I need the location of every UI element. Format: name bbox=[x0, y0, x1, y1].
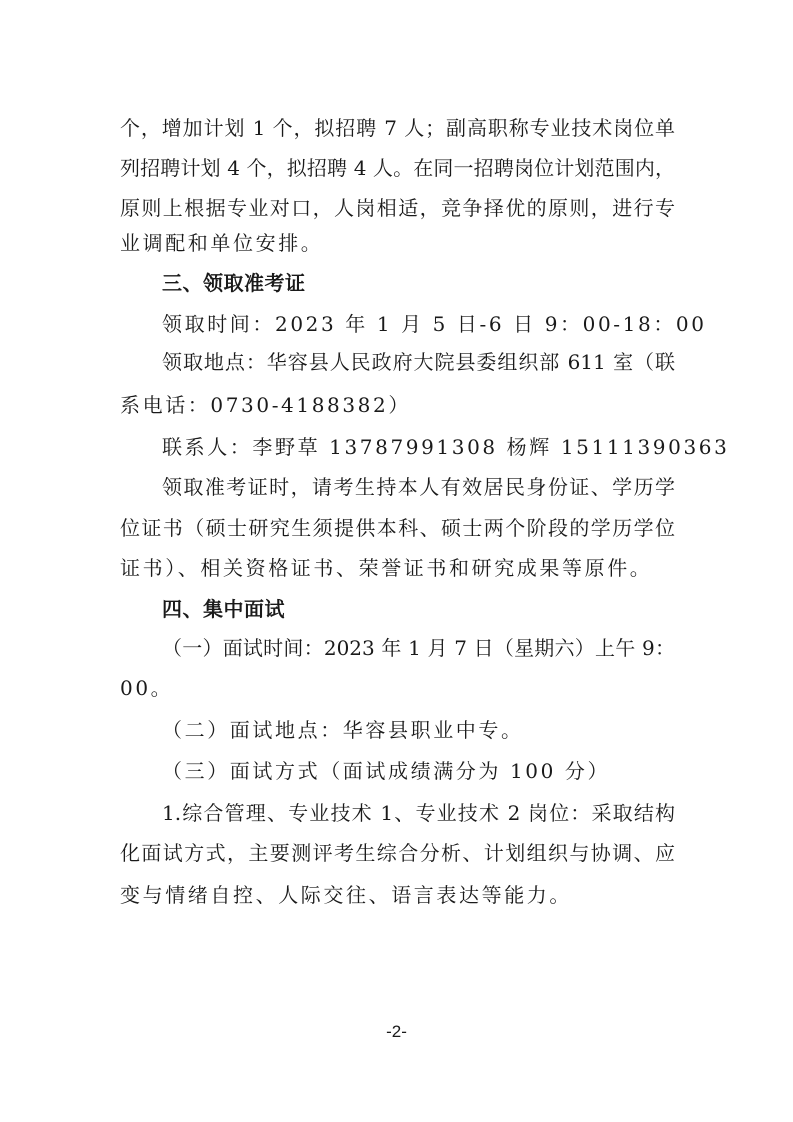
interview-method: （三）面试方式（面试成绩满分为 100 分） bbox=[162, 758, 675, 784]
pickup-time: 领取时间：2023 年 1 月 5 日-6 日 9：00-18：00 bbox=[162, 311, 675, 337]
section-heading-3: 三、领取准考证 bbox=[162, 270, 717, 296]
interview-time-line: （一）面试时间：2023 年 1 月 7 日（星期六）上午 9： bbox=[162, 635, 675, 661]
item1-line: 1.综合管理、专业技术 1、专业技术 2 岗位：采取结构 bbox=[162, 800, 675, 826]
note-line: 证书）、相关资格证书、荣誉证书和研究成果等原件。 bbox=[120, 555, 675, 581]
section-heading-4: 四、集中面试 bbox=[162, 596, 717, 622]
paragraph-line: 列招聘计划 4 个，拟招聘 4 人。在同一招聘岗位计划范围内， bbox=[120, 155, 675, 181]
contacts: 联系人：李野草 13787991308 杨辉 15111390363 bbox=[162, 434, 675, 460]
paragraph-line: 业调配和单位安排。 bbox=[120, 230, 675, 256]
note-line: 领取准考证时，请考生持本人有效居民身份证、学历学 bbox=[162, 474, 675, 500]
paragraph-line: 个，增加计划 1 个，拟招聘 7 人；副高职称专业技术岗位单 bbox=[120, 115, 675, 141]
pickup-place-line: 领取地点：华容县人民政府大院县委组织部 611 室（联 bbox=[162, 349, 675, 375]
document-page: 个，增加计划 1 个，拟招聘 7 人；副高职称专业技术岗位单 列招聘计划 4 个… bbox=[0, 0, 793, 1122]
paragraph-line: 原则上根据专业对口，人岗相适，竞争择优的原则，进行专 bbox=[120, 195, 675, 221]
note-line: 位证书（硕士研究生须提供本科、硕士两个阶段的学历学位 bbox=[120, 515, 675, 541]
interview-time-line: 00。 bbox=[120, 675, 675, 701]
page-number: -2- bbox=[0, 1022, 793, 1042]
item1-line: 变与情绪自控、人际交往、语言表达等能力。 bbox=[120, 882, 675, 908]
item1-line: 化面试方式，主要测评考生综合分析、计划组织与协调、应 bbox=[120, 840, 675, 866]
pickup-place-line: 系电话：0730-4188382） bbox=[120, 392, 675, 418]
interview-place: （二）面试地点：华容县职业中专。 bbox=[162, 717, 675, 743]
